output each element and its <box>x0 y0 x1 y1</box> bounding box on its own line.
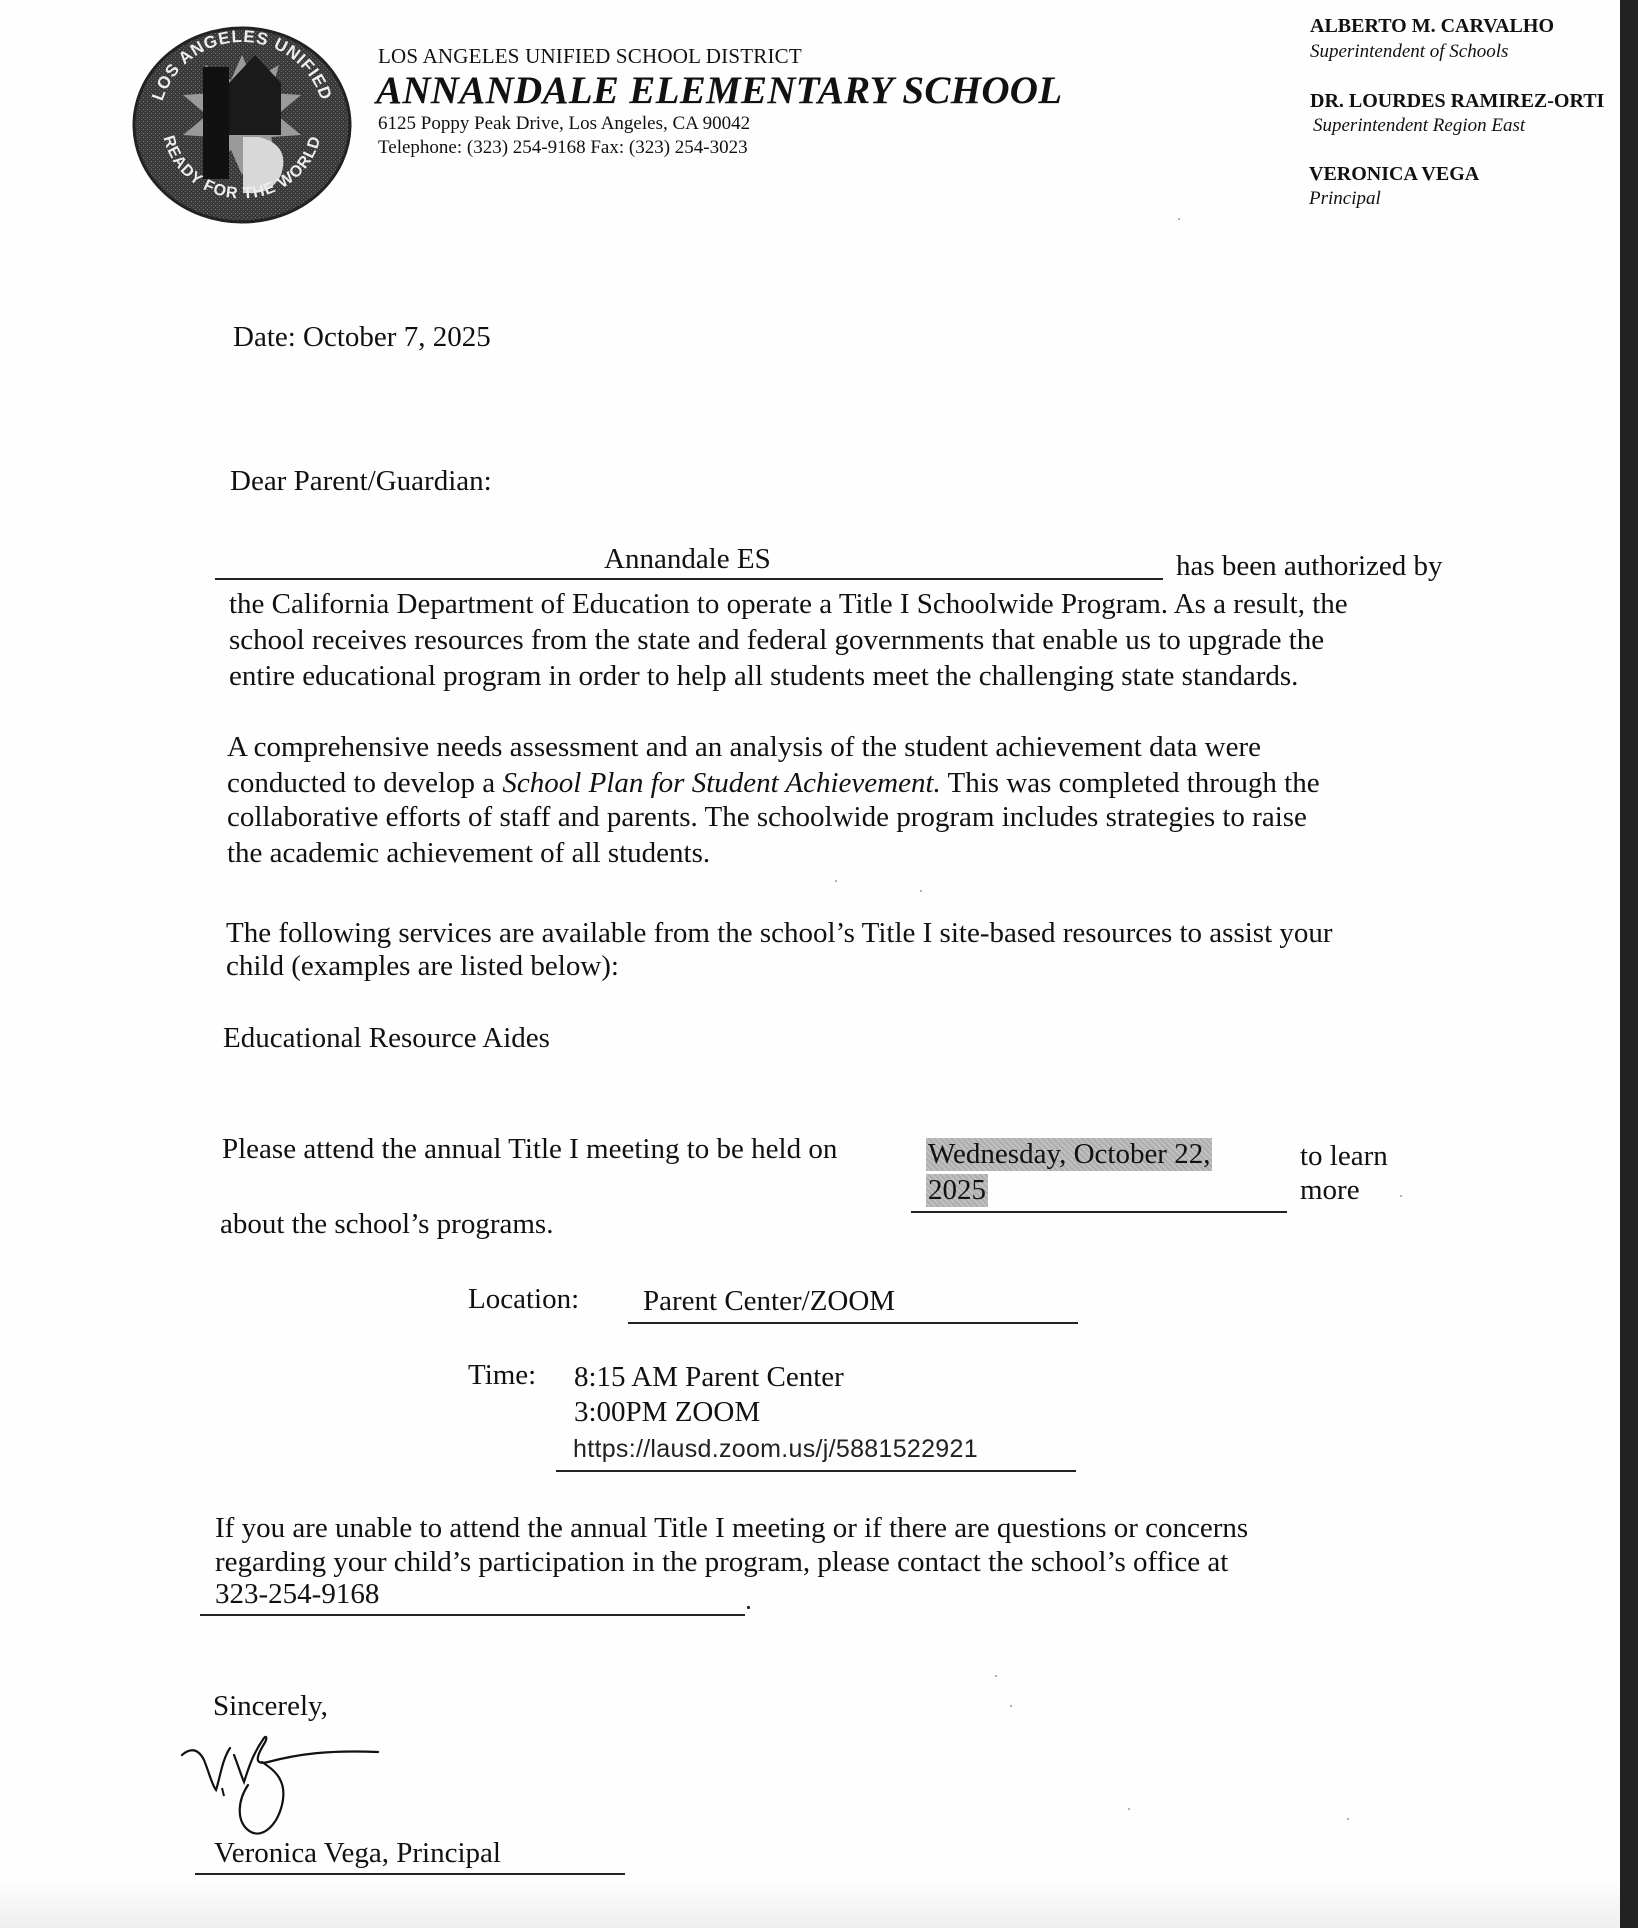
paragraph-line: conducted to develop a School Plan for S… <box>227 767 1320 800</box>
scan-speck <box>1400 1195 1402 1197</box>
district-name: LOS ANGELES UNIFIED SCHOOL DISTRICT <box>378 44 802 69</box>
scan-speck <box>1010 1705 1012 1707</box>
paragraph-line: A comprehensive needs assessment and an … <box>227 731 1261 764</box>
date-underline <box>911 1211 1287 1213</box>
paragraph-line: entire educational program in order to h… <box>229 660 1298 693</box>
official-title: Superintendent of Schools <box>1310 41 1508 63</box>
location-label: Location: <box>468 1283 579 1316</box>
service-item: Educational Resource Aides <box>223 1022 550 1055</box>
letter-date: Date: October 7, 2025 <box>233 321 491 354</box>
zoom-underline <box>556 1470 1076 1472</box>
paragraph-line: The following services are available fro… <box>226 917 1333 950</box>
official-title: Superintendent Region East <box>1313 115 1525 137</box>
fill-in-underline <box>215 578 1163 580</box>
scan-speck <box>1178 218 1180 220</box>
school-fill-in: Annandale ES <box>604 543 771 576</box>
lausd-seal-logo: LOS ANGELES UNIFIED READY FOR THE WORLD <box>131 25 353 225</box>
scan-speck <box>1128 1808 1130 1810</box>
paragraph-line: the academic achievement of all students… <box>227 837 710 870</box>
scan-speck <box>835 880 837 882</box>
location-underline <box>628 1322 1078 1324</box>
scan-speck <box>995 1675 997 1677</box>
signature-icon <box>178 1730 388 1845</box>
official-name: ALBERTO M. CARVALHO <box>1310 15 1554 38</box>
school-phone-fax: Telephone: (323) 254-9168 Fax: (323) 254… <box>378 137 748 159</box>
contact-phone: 323-254-9168 <box>215 1578 379 1611</box>
page-edge-shadow <box>1620 0 1638 1928</box>
signature-underline <box>195 1873 625 1875</box>
plan-title: School Plan for Student Achievement. <box>502 767 940 799</box>
official-name: VERONICA VEGA <box>1309 163 1479 186</box>
meeting-year: 2025 <box>926 1174 988 1207</box>
paragraph-line: If you are unable to attend the annual T… <box>215 1512 1248 1545</box>
meeting-after: to learn <box>1300 1140 1388 1173</box>
school-name: ANNANDALE ELEMENTARY SCHOOL <box>376 68 1062 113</box>
paragraph-line: has been authorized by <box>1176 550 1443 583</box>
phone-underline <box>200 1614 745 1616</box>
zoom-link[interactable]: https://lausd.zoom.us/j/5881522921 <box>573 1435 978 1464</box>
paragraph-line: regarding your child’s participation in … <box>215 1546 1228 1579</box>
meeting-date: Wednesday, October 22, <box>926 1138 1212 1171</box>
official-title: Principal <box>1309 188 1381 210</box>
scan-speck <box>1347 1818 1349 1820</box>
period-mark <box>747 1606 750 1609</box>
official-name: DR. LOURDES RAMIREZ-ORTI <box>1310 90 1604 113</box>
school-address: 6125 Poppy Peak Drive, Los Angeles, CA 9… <box>378 113 750 135</box>
time-entry: 3:00PM ZOOM <box>574 1396 760 1429</box>
meeting-continuation: about the school’s programs. <box>220 1208 553 1241</box>
signatory-name: Veronica Vega, Principal <box>214 1837 501 1870</box>
scan-speck <box>920 890 922 892</box>
paragraph-line: school receives resources from the state… <box>229 624 1324 657</box>
location-value: Parent Center/ZOOM <box>643 1285 895 1318</box>
paragraph-line: collaborative efforts of staff and paren… <box>227 801 1307 834</box>
letter-page: LOS ANGELES UNIFIED READY FOR THE WORLD … <box>0 0 1620 1895</box>
closing: Sincerely, <box>213 1690 328 1723</box>
meeting-invite: Please attend the annual Title I meeting… <box>222 1133 837 1166</box>
time-label: Time: <box>468 1359 536 1392</box>
page-bottom-margin <box>0 1880 1620 1928</box>
salutation: Dear Parent/Guardian: <box>230 465 492 498</box>
paragraph-line: the California Department of Education t… <box>229 588 1348 621</box>
paragraph-line: child (examples are listed below): <box>226 950 619 983</box>
time-entry: 8:15 AM Parent Center <box>574 1361 844 1394</box>
meeting-after: more <box>1300 1174 1360 1207</box>
